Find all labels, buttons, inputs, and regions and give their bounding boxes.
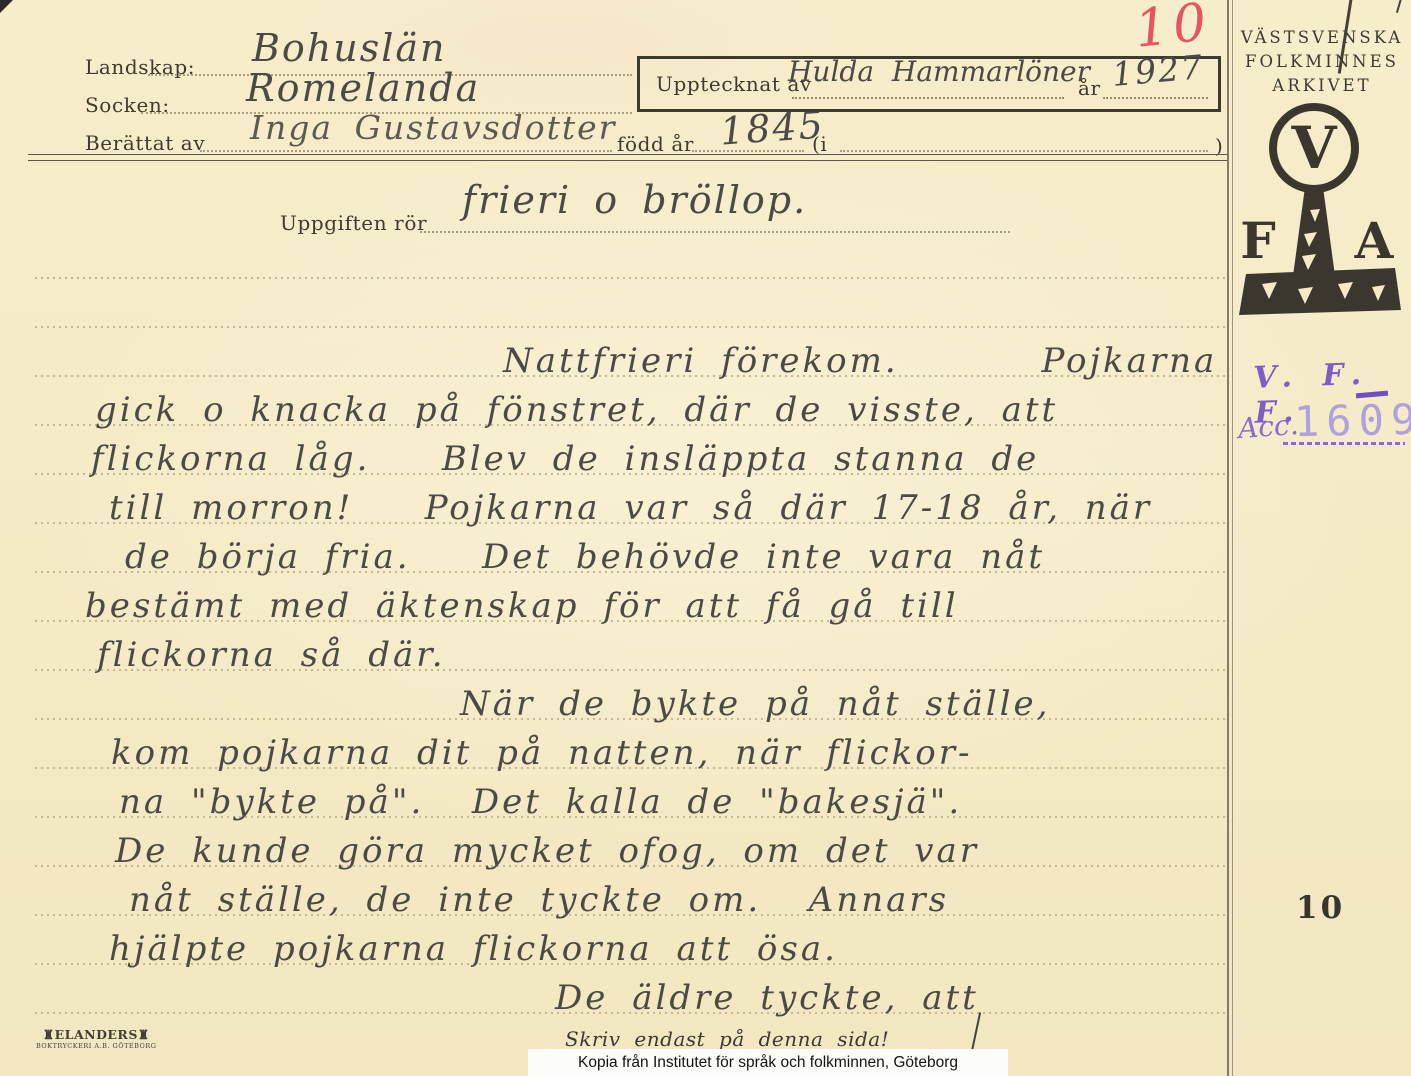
manuscript-line: flickorna så där.: [97, 631, 1225, 680]
acc-underline: [1283, 442, 1405, 445]
ruled-line: [35, 326, 1226, 328]
berattat-av-label: Berättat av: [85, 131, 205, 155]
stamped-page-number: 10: [1296, 890, 1345, 926]
scanned-archive-card: Landskap: Bohuslän Socken: Romelanda Ber…: [0, 0, 1411, 1076]
manuscript-line: hjälpte pojkarna flickorna att ösa.: [109, 925, 1225, 974]
pen-tick-mark: [1396, 0, 1402, 13]
manuscript-line: de börja fria. Det behövde inte vara nåt: [125, 533, 1225, 582]
printer-name: ♜ELANDERS♜: [36, 1027, 156, 1042]
manuscript-line: De kunde göra mycket ofog, om det var: [115, 827, 1225, 876]
manuscript-line: gick o knacka på fönstret, där de visste…: [95, 386, 1225, 435]
upptecknat-dotted-line: [792, 97, 1064, 99]
manuscript-line: När de bykte på nåt ställe,: [460, 680, 1225, 729]
printer-mark: ♜ELANDERS♜ BOKTRYCKERI A.B. GÖTEBORG: [36, 1027, 156, 1050]
acc-number-stamp: 1609: [1294, 395, 1411, 446]
printer-name-text: ELANDERS: [55, 1027, 138, 1042]
vertical-rule-inner: [1232, 0, 1233, 1076]
birthplace-dotted-line: [840, 150, 1208, 152]
manuscript-line: bestämt med äktenskap för att få gå till: [85, 582, 1225, 631]
manuscript-line: flickorna låg. Blev de insläppta stanna …: [91, 435, 1225, 484]
vfa-thors-hammer-logo-icon: V F A: [1236, 98, 1406, 323]
scan-corner-mark: [0, 0, 13, 13]
collector-name-handwritten: Hulda Hammarlöner: [788, 55, 1090, 88]
print-instruction: Skriv endast på denna sida!: [565, 1027, 889, 1051]
acc-label-handwritten: Acc.: [1237, 408, 1300, 445]
vertical-rule-outer: [1227, 0, 1229, 1076]
manuscript-line: till morron! Pojkarna var så där 17-18 å…: [109, 484, 1225, 533]
manuscript-text: Nattfrieri förekom. Pojkarna gick o knac…: [35, 337, 1225, 1023]
berattat-dotted-line: [200, 150, 612, 152]
manuscript-line: nåt ställe, de inte tyckte om. Annars: [129, 876, 1225, 925]
archive-name-line1: VÄSTSVENSKA: [1240, 26, 1404, 50]
archive-name: VÄSTSVENSKA FOLKMINNES ARKIVET: [1240, 26, 1404, 98]
landskap-handwritten-value: Bohuslän: [252, 26, 447, 70]
copy-note-strip: Kopia från Institutet för språk och folk…: [528, 1049, 1008, 1076]
upptecknat-box: Upptecknat av Hulda Hammarlöner år 1927: [637, 56, 1221, 112]
header-divider-double-line: [28, 154, 1227, 161]
paren-open-label: (i: [812, 132, 827, 156]
archive-name-line2: FOLKMINNES: [1240, 50, 1404, 74]
red-page-number-handwritten: 10: [1132, 0, 1214, 60]
svg-text:A: A: [1354, 211, 1395, 270]
ruled-line: [35, 277, 1226, 279]
manuscript-line: Nattfrieri förekom. Pojkarna: [503, 337, 1225, 386]
informant-name-handwritten: Inga Gustavsdotter: [250, 108, 616, 147]
svg-text:V: V: [1290, 114, 1337, 182]
copy-note-text: Kopia från Institutet för språk och folk…: [578, 1054, 958, 1072]
manuscript-line: kom pojkarna dit på natten, när flickor-: [111, 729, 1225, 778]
ar-label: år: [1078, 76, 1101, 100]
ar-dotted-line: [1103, 97, 1208, 99]
archive-name-line3: ARKIVET: [1240, 74, 1404, 98]
manuscript-line: De äldre tyckte, att: [555, 974, 1225, 1023]
uppgiften-dotted-line: [420, 231, 1010, 233]
socken-handwritten-value: Romelanda: [246, 66, 480, 110]
uppgiften-ror-label: Uppgiften rör: [280, 211, 427, 235]
manuscript-line: na "bykte på". Det kalla de "bakesjä".: [119, 778, 1225, 827]
printer-subtitle: BOKTRYCKERI A.B. GÖTEBORG: [36, 1042, 156, 1050]
subject-handwritten-value: frieri o bröllop.: [462, 178, 807, 222]
fodd-ar-label: född år: [617, 132, 694, 156]
svg-text:F: F: [1240, 211, 1276, 270]
